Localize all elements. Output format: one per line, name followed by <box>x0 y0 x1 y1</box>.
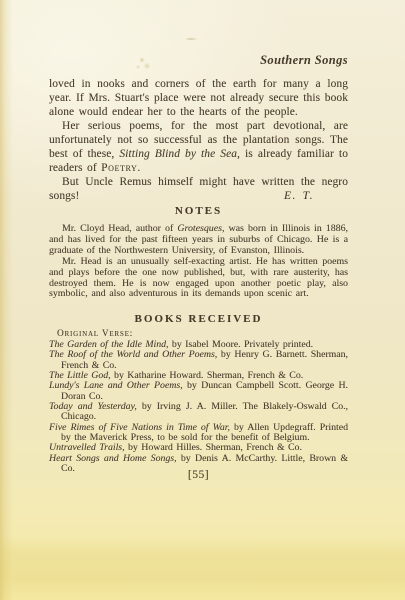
notes-para2-text: Mr. Head is an unusually self-exacting a… <box>49 256 348 300</box>
category-original-verse: Original Verse: <box>57 329 348 339</box>
running-head: Southern Songs <box>49 53 348 68</box>
book-entry: The Roof of the World and Other Poems, b… <box>49 350 348 371</box>
book-entry: Lundy's Lane and Other Poems, by Duncan … <box>49 381 348 402</box>
book-entry: Today and Yesterday, by Irving J. A. Mil… <box>49 402 348 423</box>
book-title-sitting-blind: Sitting Blind by the Sea, <box>119 148 240 160</box>
paragraph-uncle-remus: But Uncle Remus himself might have writt… <box>49 175 348 203</box>
paragraph-continued: loved in nooks and corners of the earth … <box>49 77 348 119</box>
notes-heading: NOTES <box>49 205 348 217</box>
books-received-section: BOOKS RECEIVED Original Verse: The Garde… <box>49 313 348 474</box>
book-title-grotesques: Grotesques <box>177 223 222 234</box>
book-title: Today and Yesterday, <box>49 401 137 412</box>
magazine-name-poetry: Poetry <box>101 162 137 174</box>
book-title: The Roof of the World and Other Poems, <box>49 349 217 360</box>
paragraph-serious-poems: Her serious poems, for the most part dev… <box>49 119 348 175</box>
book-list: The Garden of the Idle Mind, by Isabel M… <box>49 340 348 474</box>
paragraph-continued-text: loved in nooks and corners of the earth … <box>49 78 348 118</box>
books-received-heading: BOOKS RECEIVED <box>49 313 348 325</box>
book-details: by Howard Hilles. Sherman, French & Co. <box>125 442 302 453</box>
notes-paragraph-2: Mr. Head is an unusually self-exacting a… <box>49 257 348 301</box>
notes-paragraph-1: Mr. Cloyd Head, author of Grotesques, wa… <box>49 224 348 257</box>
page-number: [55] <box>49 469 348 481</box>
notes-section: NOTES Mr. Cloyd Head, author of Grotesqu… <box>49 205 348 300</box>
paragraph-serious-end: . <box>137 162 140 174</box>
paper-mark <box>180 36 202 42</box>
review-text-section: loved in nooks and corners of the earth … <box>49 77 348 203</box>
book-title: The Little God, <box>49 370 111 381</box>
notes-para1-pre: Mr. Cloyd Head, author of <box>62 223 177 234</box>
book-title: Heart Songs and Home Songs, <box>49 453 177 464</box>
book-entry: Five Rimes of Five Nations in Time of Wa… <box>49 423 348 444</box>
book-title: Untravelled Trails, <box>49 442 125 453</box>
book-title: Lundy's Lane and Other Poems, <box>49 380 183 391</box>
scanned-book-page: Southern Songs loved in nooks and corner… <box>0 0 405 600</box>
reviewer-initials: E. T. <box>271 189 314 203</box>
book-details: by Katharine Howard. Sherman, French & C… <box>111 370 304 381</box>
